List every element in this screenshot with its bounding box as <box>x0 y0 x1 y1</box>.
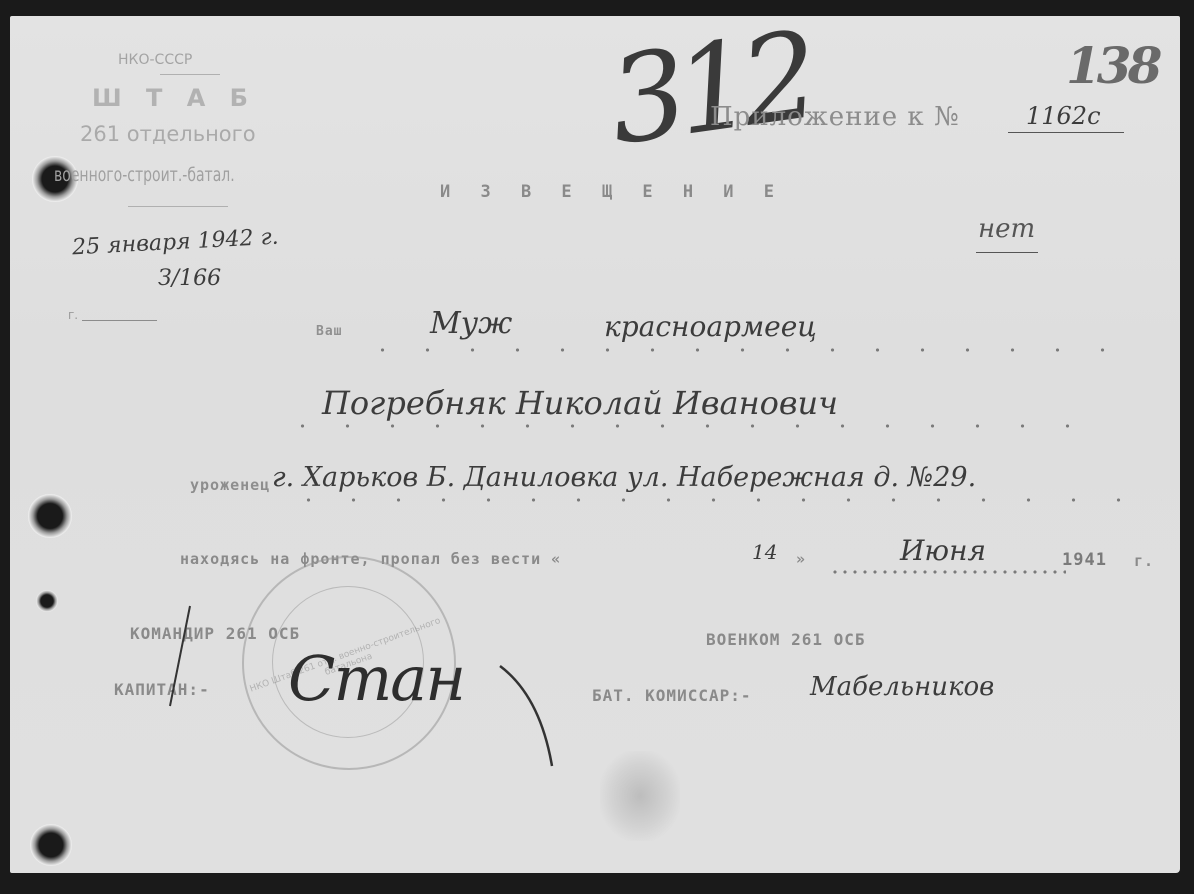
soldier-full-name: Погребняк Николай Иванович <box>322 384 838 422</box>
archive-number: 312 <box>603 17 817 164</box>
commissar-signature: Мабельников <box>810 672 994 702</box>
fill-dots <box>830 570 1066 574</box>
signature-stroke-icon <box>160 596 580 786</box>
stamp-headquarters: Ш Т А Б <box>92 84 256 112</box>
appendix-number: 1162с <box>1026 102 1101 130</box>
document-title: И З В Е Щ Е Н И Е <box>440 182 784 202</box>
document-ref-number: З/166 <box>158 266 221 291</box>
page-number: 138 <box>1066 36 1158 95</box>
body-typed-prefix-3: уроженец <box>190 476 270 494</box>
paper-smudge <box>600 751 680 841</box>
soldier-rank: красноармеец <box>604 310 817 343</box>
quote-close: » <box>796 550 806 568</box>
missing-year-suffix: г. <box>1134 552 1154 570</box>
document-paper: НКО-СССР Ш Т А Б 261 отдельного военного… <box>10 16 1180 873</box>
city-underline <box>82 320 157 321</box>
punch-hole-icon <box>36 590 58 612</box>
fill-dots <box>286 498 1162 502</box>
stamp-underline <box>160 74 220 75</box>
stamp-unit-type: военного-строит.-батал. <box>54 166 235 187</box>
missing-year: 1941 <box>1062 550 1107 570</box>
scan-frame: НКО-СССР Ш Т А Б 261 отдельного военного… <box>0 0 1194 894</box>
recipient-relation: Муж <box>430 306 512 341</box>
missing-day: 14 <box>752 540 777 564</box>
stamp-underline <box>128 206 228 207</box>
punch-hole-icon <box>30 824 72 866</box>
document-date: 25 января 1942 г. <box>71 225 279 261</box>
soldier-birthplace: г. Харьков Б. Даниловка ул. Набережная д… <box>272 462 976 493</box>
fill-dots <box>280 424 1100 428</box>
stamp-unit-number: 261 отдельного <box>80 122 256 146</box>
appendix-underline <box>1008 132 1124 133</box>
fill-dots <box>360 348 1120 352</box>
margin-note: нет <box>978 214 1035 244</box>
commissar-rank: БАТ. КОМИССАР:- <box>592 686 752 705</box>
punch-hole-icon <box>28 494 72 538</box>
missing-month: Июня <box>900 534 986 567</box>
margin-note-underline <box>976 252 1038 253</box>
body-typed-prefix-1: Ваш <box>316 324 342 339</box>
commissar-title: ВОЕНКОМ 261 ОСБ <box>706 630 866 649</box>
appendix-label: Приложение к № <box>710 102 960 132</box>
stamp-nko-ussr: НКО-СССР <box>118 52 192 68</box>
city-prefix: г. <box>68 308 78 322</box>
